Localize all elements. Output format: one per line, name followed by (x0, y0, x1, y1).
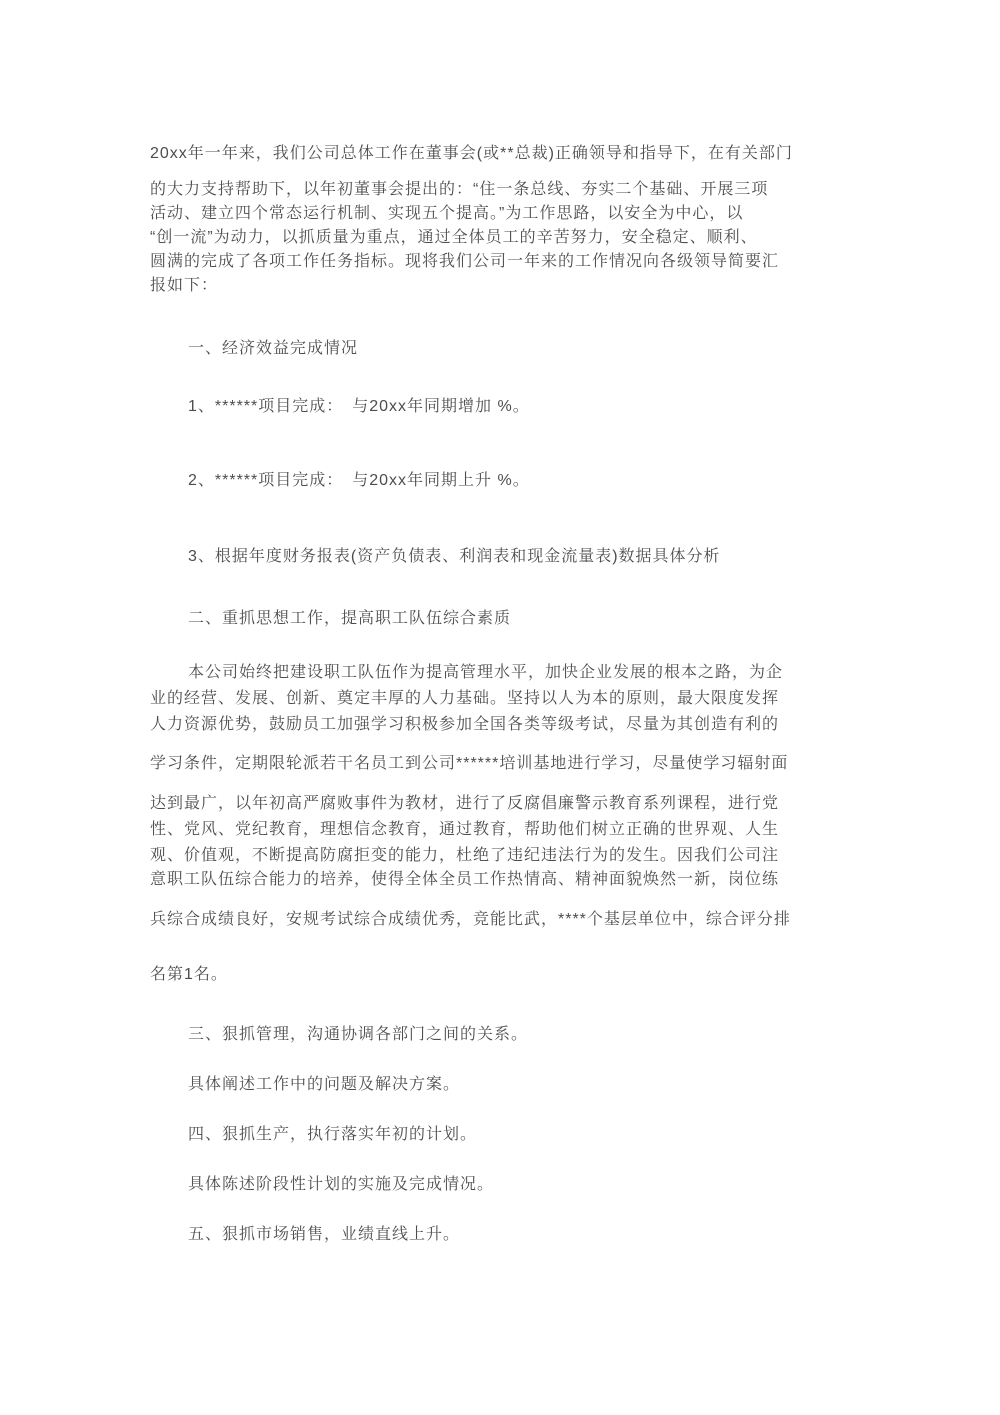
section-5-heading: 五、狠抓市场销售，业绩直线上升。 (150, 1223, 860, 1247)
section-1-item-1: 1、******项目完成： 与20xx年同期增加 %。 (150, 395, 860, 419)
intro-paragraph-line: “创一流”为动力，以抓质量为重点，通过全体员工的辛苦努力，安全稳定、顺利、 (150, 226, 860, 250)
intro-paragraph-line: 的大力支持帮助下，以年初董事会提出的：“住一条总线、夯实二个基础、开展三项 (150, 178, 860, 202)
intro-paragraph-line: 活动、建立四个常态运行机制、实现五个提高。”为工作思路，以安全为中心，以 (150, 202, 860, 226)
section-3-heading: 三、狠抓管理，沟通协调各部门之间的关系。 (150, 1023, 860, 1047)
section-4-heading: 四、狠抓生产，执行落实年初的计划。 (150, 1123, 860, 1147)
body-paragraph-line: 学习条件，定期限轮派若干名员工到公司******培训基地进行学习，尽量使学习辐射… (150, 752, 860, 776)
section-2-heading: 二、重抓思想工作，提高职工队伍综合素质 (150, 607, 860, 631)
body-paragraph-line: 兵综合成绩良好，安规考试综合成绩优秀，竞能比武，****个基层单位中，综合评分排 (150, 908, 860, 932)
section-1-heading: 一、经济效益完成情况 (150, 337, 860, 361)
body-paragraph-line: 意职工队伍综合能力的培养，使得全体全员工作热情高、精神面貌焕然一新，岗位练 (150, 868, 860, 892)
body-paragraph-line: 业的经营、发展、创新、奠定丰厚的人力基础。坚持以人为本的原则，最大限度发挥 (150, 687, 860, 711)
intro-paragraph-line: 圆满的完成了各项工作任务指标。现将我们公司一年来的工作情况向各级领导简要汇 (150, 250, 860, 274)
body-paragraph-line: 本公司始终把建设职工队伍作为提高管理水平，加快企业发展的根本之路，为企 (150, 661, 860, 685)
section-3-item: 具体阐述工作中的问题及解决方案。 (150, 1073, 860, 1097)
body-paragraph-line: 名第1名。 (150, 963, 860, 987)
body-paragraph-line: 人力资源优势，鼓励员工加强学习积极参加全国各类等级考试，尽量为其创造有利的 (150, 713, 860, 737)
section-4-item: 具体陈述阶段性计划的实施及完成情况。 (150, 1173, 860, 1197)
section-1-item-2: 2、******项目完成： 与20xx年同期上升 %。 (150, 469, 860, 493)
page-background: { "page": { "background_color": "#ffffff… (0, 0, 1000, 1415)
intro-paragraph-line: 报如下： (150, 274, 860, 298)
body-paragraph-line: 观、价值观，不断提高防腐拒变的能力，杜绝了违纪违法行为的发生。因我们公司注 (150, 844, 860, 868)
body-paragraph-line: 达到最广，以年初高严腐败事件为教材，进行了反腐倡廉警示教育系列课程，进行党 (150, 792, 860, 816)
section-1-item-3: 3、根据年度财务报表(资产负债表、利润表和现金流量表)数据具体分析 (150, 545, 860, 569)
intro-paragraph-line: 20xx年一年来，我们公司总体工作在董事会(或**总裁)正确领导和指导下，在有关… (150, 142, 860, 166)
body-paragraph-line: 性、党风、党纪教育，理想信念教育，通过教育，帮助他们树立正确的世界观、人生 (150, 818, 860, 842)
document-page: 20xx年一年来，我们公司总体工作在董事会(或**总裁)正确领导和指导下，在有关… (0, 0, 1000, 1287)
